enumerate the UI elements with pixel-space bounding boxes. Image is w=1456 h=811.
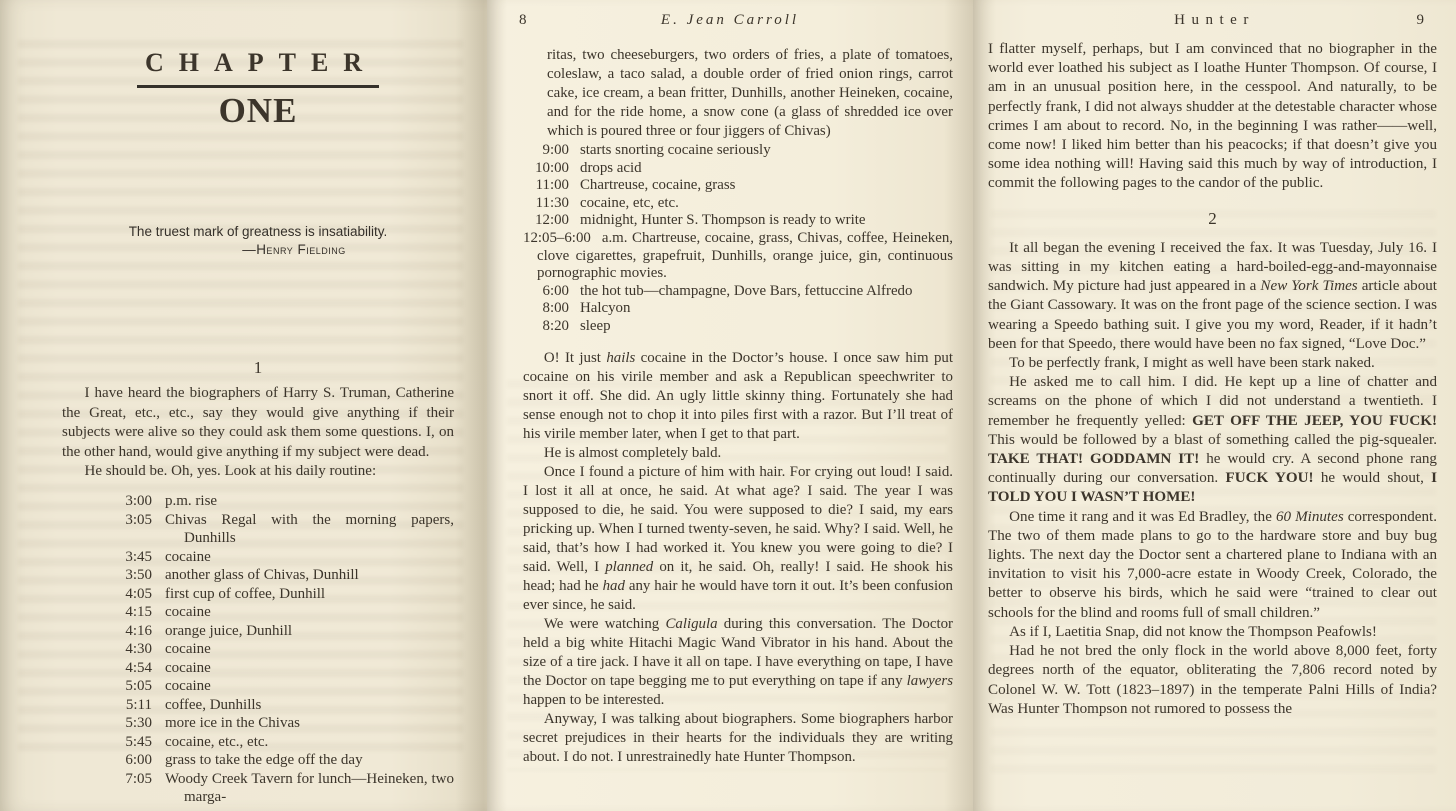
routine-time: 5:45 xyxy=(116,733,152,752)
routine-text: first cup of coffee, Dunhill xyxy=(165,586,325,602)
routine-entry: 8:20sleep xyxy=(523,318,953,336)
body-paragraph: He is almost completely bald. xyxy=(523,444,953,463)
routine-entry: 3:00p.m. rise xyxy=(116,492,454,511)
routine-text: sleep xyxy=(580,318,611,334)
epigraph: The truest mark of greatness is insatiab… xyxy=(62,224,454,257)
routine-text: Chivas Regal with the morning papers, Du… xyxy=(165,512,454,547)
routine-text: midnight, Hunter S. Thompson is ready to… xyxy=(580,212,866,228)
body-paragraph: Anyway, I was talking about biographers.… xyxy=(523,710,953,767)
routine-time: 4:05 xyxy=(116,585,152,604)
routine-entry: 11:00Chartreuse, cocaine, grass xyxy=(523,177,953,195)
body-paragraph: He should be. Oh, yes. Look at his daily… xyxy=(62,462,454,482)
continuation-paragraph: I flatter myself, perhaps, but I am conv… xyxy=(988,40,1437,194)
routine-entry: 7:05Woody Creek Tavern for lunch—Heineke… xyxy=(116,770,454,807)
routine-text: starts snorting cocaine seriously xyxy=(580,142,771,158)
routine-time: 3:50 xyxy=(116,566,152,585)
book-spread-scan: { "colors": { "paper": "#f2ecd9", "ink":… xyxy=(0,0,1456,811)
routine-text: cocaine xyxy=(165,549,211,565)
chapter-label: CHAPTER xyxy=(145,48,377,78)
page-8-paragraphs: O! It just hails cocaine in the Doctor’s… xyxy=(523,349,953,767)
routine-time: 9:00 xyxy=(523,142,569,160)
epigraph-attribution: —Henry Fielding xyxy=(62,242,454,257)
routine-text: drops acid xyxy=(580,160,642,176)
epigraph-quote: The truest mark of greatness is insatiab… xyxy=(62,224,454,239)
routine-time: 11:00 xyxy=(523,177,569,195)
daily-routine-list-continued: 9:00starts snorting cocaine seriously 10… xyxy=(523,142,953,336)
routine-entry: 4:05first cup of coffee, Dunhill xyxy=(116,585,454,604)
page-9-body: I flatter myself, perhaps, but I am conv… xyxy=(988,40,1437,719)
body-paragraph: He asked me to call him. I did. He kept … xyxy=(988,373,1437,507)
routine-entry: 12:05–6:00a.m. Chartreuse, cocaine, gras… xyxy=(523,230,953,283)
body-paragraph: It all began the evening I received the … xyxy=(988,239,1437,354)
chapter-heading-rule: CHAPTER xyxy=(137,48,379,88)
routine-time: 12:00 xyxy=(523,212,569,230)
routine-text: Halcyon xyxy=(580,300,630,316)
chapter-opening-page: CHAPTER ONE The truest mark of greatness… xyxy=(0,0,487,811)
routine-time: 3:45 xyxy=(116,548,152,567)
routine-text: Woody Creek Tavern for lunch—Heineken, t… xyxy=(165,771,454,806)
routine-continuation: ritas, two cheeseburgers, two orders of … xyxy=(547,46,953,141)
routine-entry: 6:00grass to take the edge off the day xyxy=(116,751,454,770)
routine-entry: 5:11coffee, Dunhills xyxy=(116,696,454,715)
routine-time: 7:05 xyxy=(116,770,152,789)
routine-text: orange juice, Dunhill xyxy=(165,623,292,639)
body-paragraph: O! It just hails cocaine in the Doctor’s… xyxy=(523,349,953,444)
routine-entry: 10:00drops acid xyxy=(523,160,953,178)
opening-paragraphs: I have heard the biographers of Harry S.… xyxy=(62,384,454,482)
body-paragraph: To be perfectly frank, I might as well h… xyxy=(988,354,1437,373)
routine-entry: 6:00the hot tub—champagne, Dove Bars, fe… xyxy=(523,283,953,301)
routine-time: 8:20 xyxy=(523,318,569,336)
running-head-page-8: 8 E. Jean Carroll xyxy=(517,12,943,34)
chapter-number-word: ONE xyxy=(62,91,454,131)
routine-text: Chartreuse, cocaine, grass xyxy=(580,177,735,193)
routine-time: 4:15 xyxy=(116,603,152,622)
running-head-page-9: Hunter 9 xyxy=(1003,12,1426,34)
chapter-opening-content: CHAPTER ONE The truest mark of greatness… xyxy=(62,0,454,131)
body-paragraph: Had he not bred the only flock in the wo… xyxy=(988,642,1437,719)
routine-text: p.m. rise xyxy=(165,493,217,509)
verso-page-8: 8 E. Jean Carroll ritas, two cheeseburge… xyxy=(487,0,973,811)
routine-time: 11:30 xyxy=(523,195,569,213)
page-8-body: ritas, two cheeseburgers, two orders of … xyxy=(523,46,953,767)
routine-entry: 3:45cocaine xyxy=(116,548,454,567)
routine-entry: 4:54cocaine xyxy=(116,659,454,678)
body-paragraph: Once I found a picture of him with hair.… xyxy=(523,463,953,615)
routine-time: 6:00 xyxy=(116,751,152,770)
routine-entry: 4:15cocaine xyxy=(116,603,454,622)
routine-entry: 9:00starts snorting cocaine seriously xyxy=(523,142,953,160)
routine-text: the hot tub—champagne, Dove Bars, fettuc… xyxy=(580,283,912,299)
routine-entry: 5:45cocaine, etc., etc. xyxy=(116,733,454,752)
routine-entry: 8:00Halcyon xyxy=(523,300,953,318)
daily-routine-list: 3:00p.m. rise 3:05Chivas Regal with the … xyxy=(62,492,454,807)
routine-time: 3:05 xyxy=(116,511,152,530)
routine-text: cocaine xyxy=(165,678,211,694)
routine-time: 5:05 xyxy=(116,677,152,696)
routine-entry: 12:00midnight, Hunter S. Thompson is rea… xyxy=(523,212,953,230)
routine-text: cocaine xyxy=(165,660,211,676)
routine-text: grass to take the edge off the day xyxy=(165,752,363,768)
routine-text: a.m. Chartreuse, cocaine, grass, Chivas,… xyxy=(537,230,953,281)
routine-time: 4:16 xyxy=(116,622,152,641)
routine-entry: 11:30cocaine, etc, etc. xyxy=(523,195,953,213)
routine-time: 8:00 xyxy=(523,300,569,318)
routine-entry: 3:50another glass of Chivas, Dunhill xyxy=(116,566,454,585)
routine-time: 5:30 xyxy=(116,714,152,733)
routine-text: cocaine xyxy=(165,641,211,657)
routine-text: another glass of Chivas, Dunhill xyxy=(165,567,359,583)
body-paragraph: I have heard the biographers of Harry S.… xyxy=(62,384,454,462)
routine-text: coffee, Dunhills xyxy=(165,697,261,713)
body-paragraph: As if I, Laetitia Snap, did not know the… xyxy=(988,623,1437,642)
routine-entry: 3:05Chivas Regal with the morning papers… xyxy=(116,511,454,548)
section-number-2: 2 xyxy=(988,209,1437,228)
routine-text: cocaine xyxy=(165,604,211,620)
running-head-author: E. Jean Carroll xyxy=(517,12,943,29)
body-paragraph: We were watching Caligula during this co… xyxy=(523,615,953,710)
routine-text: more ice in the Chivas xyxy=(165,715,300,731)
section-number-1: 1 xyxy=(62,358,454,378)
routine-time: 4:54 xyxy=(116,659,152,678)
routine-entry: 4:30cocaine xyxy=(116,640,454,659)
running-head-title: Hunter xyxy=(1003,12,1426,29)
routine-time: 12:05–6:00 xyxy=(523,230,591,248)
body-paragraph: One time it rang and it was Ed Bradley, … xyxy=(988,508,1437,623)
recto-page-9: Hunter 9 I flatter myself, perhaps, but … xyxy=(973,0,1456,811)
routine-entry: 5:30more ice in the Chivas xyxy=(116,714,454,733)
routine-time: 4:30 xyxy=(116,640,152,659)
routine-time: 6:00 xyxy=(523,283,569,301)
section-2-paragraphs: It all began the evening I received the … xyxy=(988,239,1437,719)
routine-time: 5:11 xyxy=(116,696,152,715)
routine-entry: 4:16orange juice, Dunhill xyxy=(116,622,454,641)
routine-text: cocaine, etc, etc. xyxy=(580,195,679,211)
routine-entry: 5:05cocaine xyxy=(116,677,454,696)
page-number: 9 xyxy=(1417,12,1425,29)
routine-time: 10:00 xyxy=(523,160,569,178)
routine-text: cocaine, etc., etc. xyxy=(165,734,268,750)
routine-time: 3:00 xyxy=(116,492,152,511)
